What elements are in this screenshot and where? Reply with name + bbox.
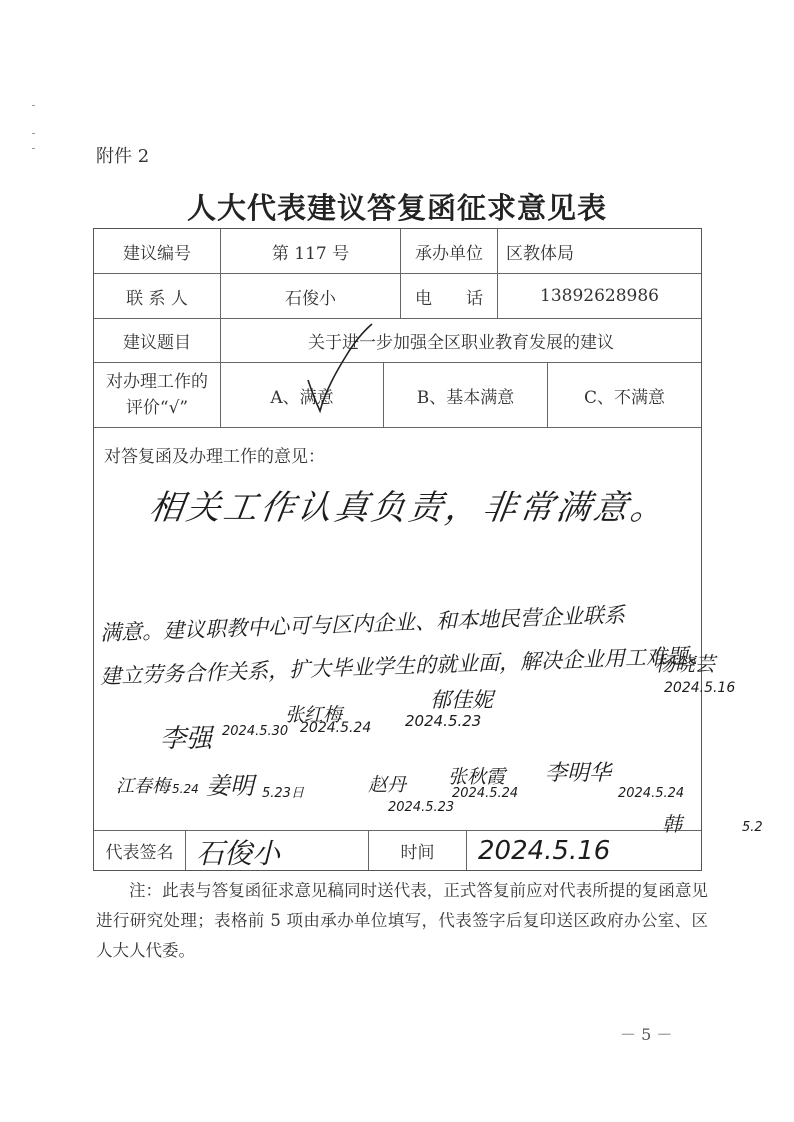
time-handwritten: 2024.5.16 xyxy=(478,836,610,866)
signature-date: 5.2 xyxy=(742,820,763,835)
signature-date: 2024.5.24 xyxy=(452,786,518,801)
opinion-label: 对答复函及办理工作的意见： xyxy=(104,442,325,467)
signature-date: 5.24 xyxy=(172,782,199,796)
label-representative-signature: 代表签名 xyxy=(94,831,186,870)
label-handling-unit: 承办单位 xyxy=(401,229,498,274)
signature: 赵丹 xyxy=(368,770,406,797)
value-phone: 13892628986 xyxy=(498,274,701,319)
signature-date: 5.23日 xyxy=(262,782,304,801)
value-topic: 关于进一步加强全区职业教育发展的建议 xyxy=(221,319,701,363)
value-handling-unit: 区教体局 xyxy=(498,229,701,274)
signature: 杨晓芸 xyxy=(655,648,715,677)
signature-date: 2024.5.16 xyxy=(664,680,735,696)
signature-date: 2024.5.30 xyxy=(222,724,288,739)
signature-date: 2024.5.23 xyxy=(388,800,454,815)
page-title: 人大代表建议答复函征求意见表 xyxy=(0,186,794,227)
signature: 韩 xyxy=(662,808,682,837)
representative-signature-handwritten: 石俊小 xyxy=(196,832,280,872)
label-proposal-no: 建议编号 xyxy=(94,229,221,274)
signature-date: 2024.5.23 xyxy=(405,712,481,730)
label-contact: 联 系 人 xyxy=(94,274,221,319)
signature: 张秋霞 xyxy=(448,762,505,789)
handwritten-opinion-line1: 相关工作认真负责，非常满意。 xyxy=(147,480,672,529)
option-basically-satisfied[interactable]: B、基本满意 xyxy=(384,363,548,428)
attachment-label: 附件 2 xyxy=(96,142,149,168)
footnote: 注：此表与答复函征求意见稿同时送代表，正式答复前应对代表所提的复函意见进行研究处… xyxy=(96,876,708,966)
value-proposal-no: 第 117 号 xyxy=(221,229,401,274)
signature-date: 2024.5.24 xyxy=(618,786,684,801)
label-topic: 建议题目 xyxy=(94,319,221,363)
label-time: 时间 xyxy=(369,831,467,870)
page-number: － 5 － xyxy=(620,1022,672,1045)
signature: 姜明 xyxy=(206,766,254,801)
signature-date: 2024.5.24 xyxy=(300,720,371,736)
value-contact: 石俊小 xyxy=(221,274,401,319)
check-mark-icon xyxy=(296,318,386,418)
signature: 李强 xyxy=(160,718,212,755)
signature: 李明华 xyxy=(545,756,611,787)
label-evaluation: 对办理工作的评价“√” xyxy=(94,363,221,428)
signature: 江春梅 xyxy=(116,772,170,798)
signature: 郁佳妮 xyxy=(430,684,493,714)
option-unsatisfied[interactable]: C、不满意 xyxy=(548,363,701,428)
label-phone: 电 话 xyxy=(401,274,498,319)
